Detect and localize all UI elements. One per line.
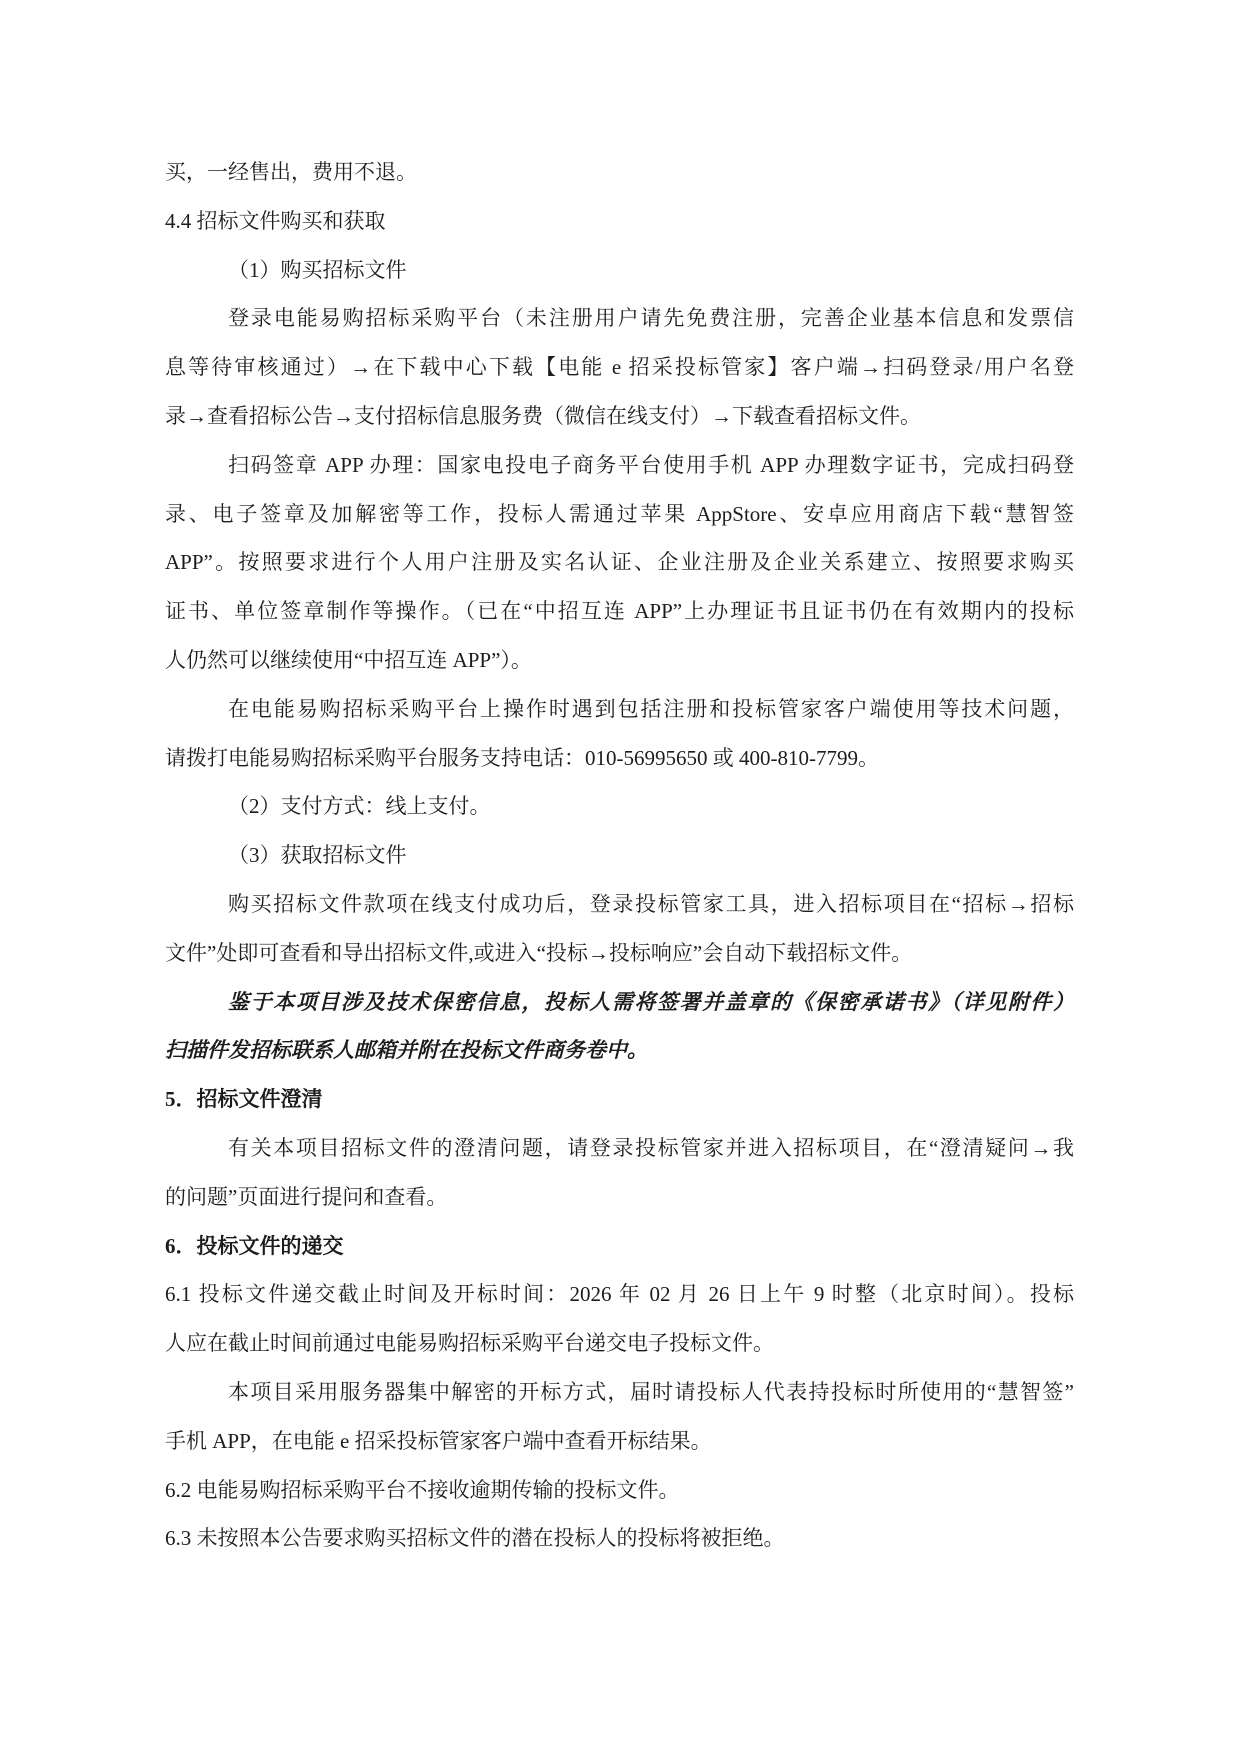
text-line: 6.2 电能易购招标采购平台不接收逾期传输的投标文件。 (165, 1466, 1074, 1515)
text-line: 6.1 投标文件递交截止时间及开标时间：2026 年 02 月 26 日上午 9… (165, 1270, 1074, 1319)
text-line: 5．招标文件澄清 (165, 1075, 1074, 1124)
text-line: 人应在截止时间前通过电能易购招标采购平台递交电子投标文件。 (165, 1319, 1074, 1368)
text-line: 扫描件发招标联系人邮箱并附在投标文件商务卷中。 (165, 1026, 1074, 1075)
text-line: 息等待审核通过）→在下载中心下载【电能 e 招采投标管家】客户端→扫码登录/用户… (165, 343, 1074, 392)
text-line: 有关本项目招标文件的澄清问题，请登录投标管家并进入招标项目，在“澄清疑问→我 (165, 1124, 1074, 1173)
text-line: 人仍然可以继续使用“中招互连 APP”）。 (165, 636, 1074, 685)
text-line: （1）购买招标文件 (165, 246, 1074, 295)
text-line: 录、电子签章及加解密等工作，投标人需通过苹果 AppStore、安卓应用商店下载… (165, 490, 1074, 539)
text-line: 的问题”页面进行提问和查看。 (165, 1173, 1074, 1222)
text-line: 扫码签章 APP 办理：国家电投电子商务平台使用手机 APP 办理数字证书，完成… (165, 441, 1074, 490)
text-line: 在电能易购招标采购平台上操作时遇到包括注册和投标管家客户端使用等技术问题， (165, 685, 1074, 734)
document-text-block: 买，一经售出，费用不退。4.4 招标文件购买和获取（1）购买招标文件登录电能易购… (165, 148, 1074, 1563)
text-line: 4.4 招标文件购买和获取 (165, 197, 1074, 246)
text-line: 登录电能易购招标采购平台（未注册用户请先免费注册，完善企业基本信息和发票信 (165, 294, 1074, 343)
text-line: 6.3 未按照本公告要求购买招标文件的潜在投标人的投标将被拒绝。 (165, 1514, 1074, 1563)
text-line: 鉴于本项目涉及技术保密信息，投标人需将签署并盖章的《保密承诺书》（详见附件） (165, 978, 1074, 1027)
text-line: 购买招标文件款项在线支付成功后，登录投标管家工具，进入招标项目在“招标→招标 (165, 880, 1074, 929)
text-line: 录→查看招标公告→支付招标信息服务费（微信在线支付）→下载查看招标文件。 (165, 392, 1074, 441)
text-line: 证书、单位签章制作等操作。（已在“中招互连 APP”上办理证书且证书仍在有效期内… (165, 587, 1074, 636)
text-line: （2）支付方式：线上支付。 (165, 782, 1074, 831)
text-line: 文件”处即可查看和导出招标文件,或进入“投标→投标响应”会自动下载招标文件。 (165, 929, 1074, 978)
document-page: 买，一经售出，费用不退。4.4 招标文件购买和获取（1）购买招标文件登录电能易购… (0, 0, 1240, 1753)
text-line: 请拨打电能易购招标采购平台服务支持电话：010-56995650 或 400-8… (165, 734, 1074, 783)
text-line: 手机 APP，在电能 e 招采投标管家客户端中查看开标结果。 (165, 1417, 1074, 1466)
text-line: （3）获取招标文件 (165, 831, 1074, 880)
text-line: APP”。按照要求进行个人用户注册及实名认证、企业注册及企业关系建立、按照要求购… (165, 538, 1074, 587)
text-line: 买，一经售出，费用不退。 (165, 148, 1074, 197)
text-line: 6．投标文件的递交 (165, 1222, 1074, 1271)
text-line: 本项目采用服务器集中解密的开标方式，届时请投标人代表持投标时所使用的“慧智签” (165, 1368, 1074, 1417)
